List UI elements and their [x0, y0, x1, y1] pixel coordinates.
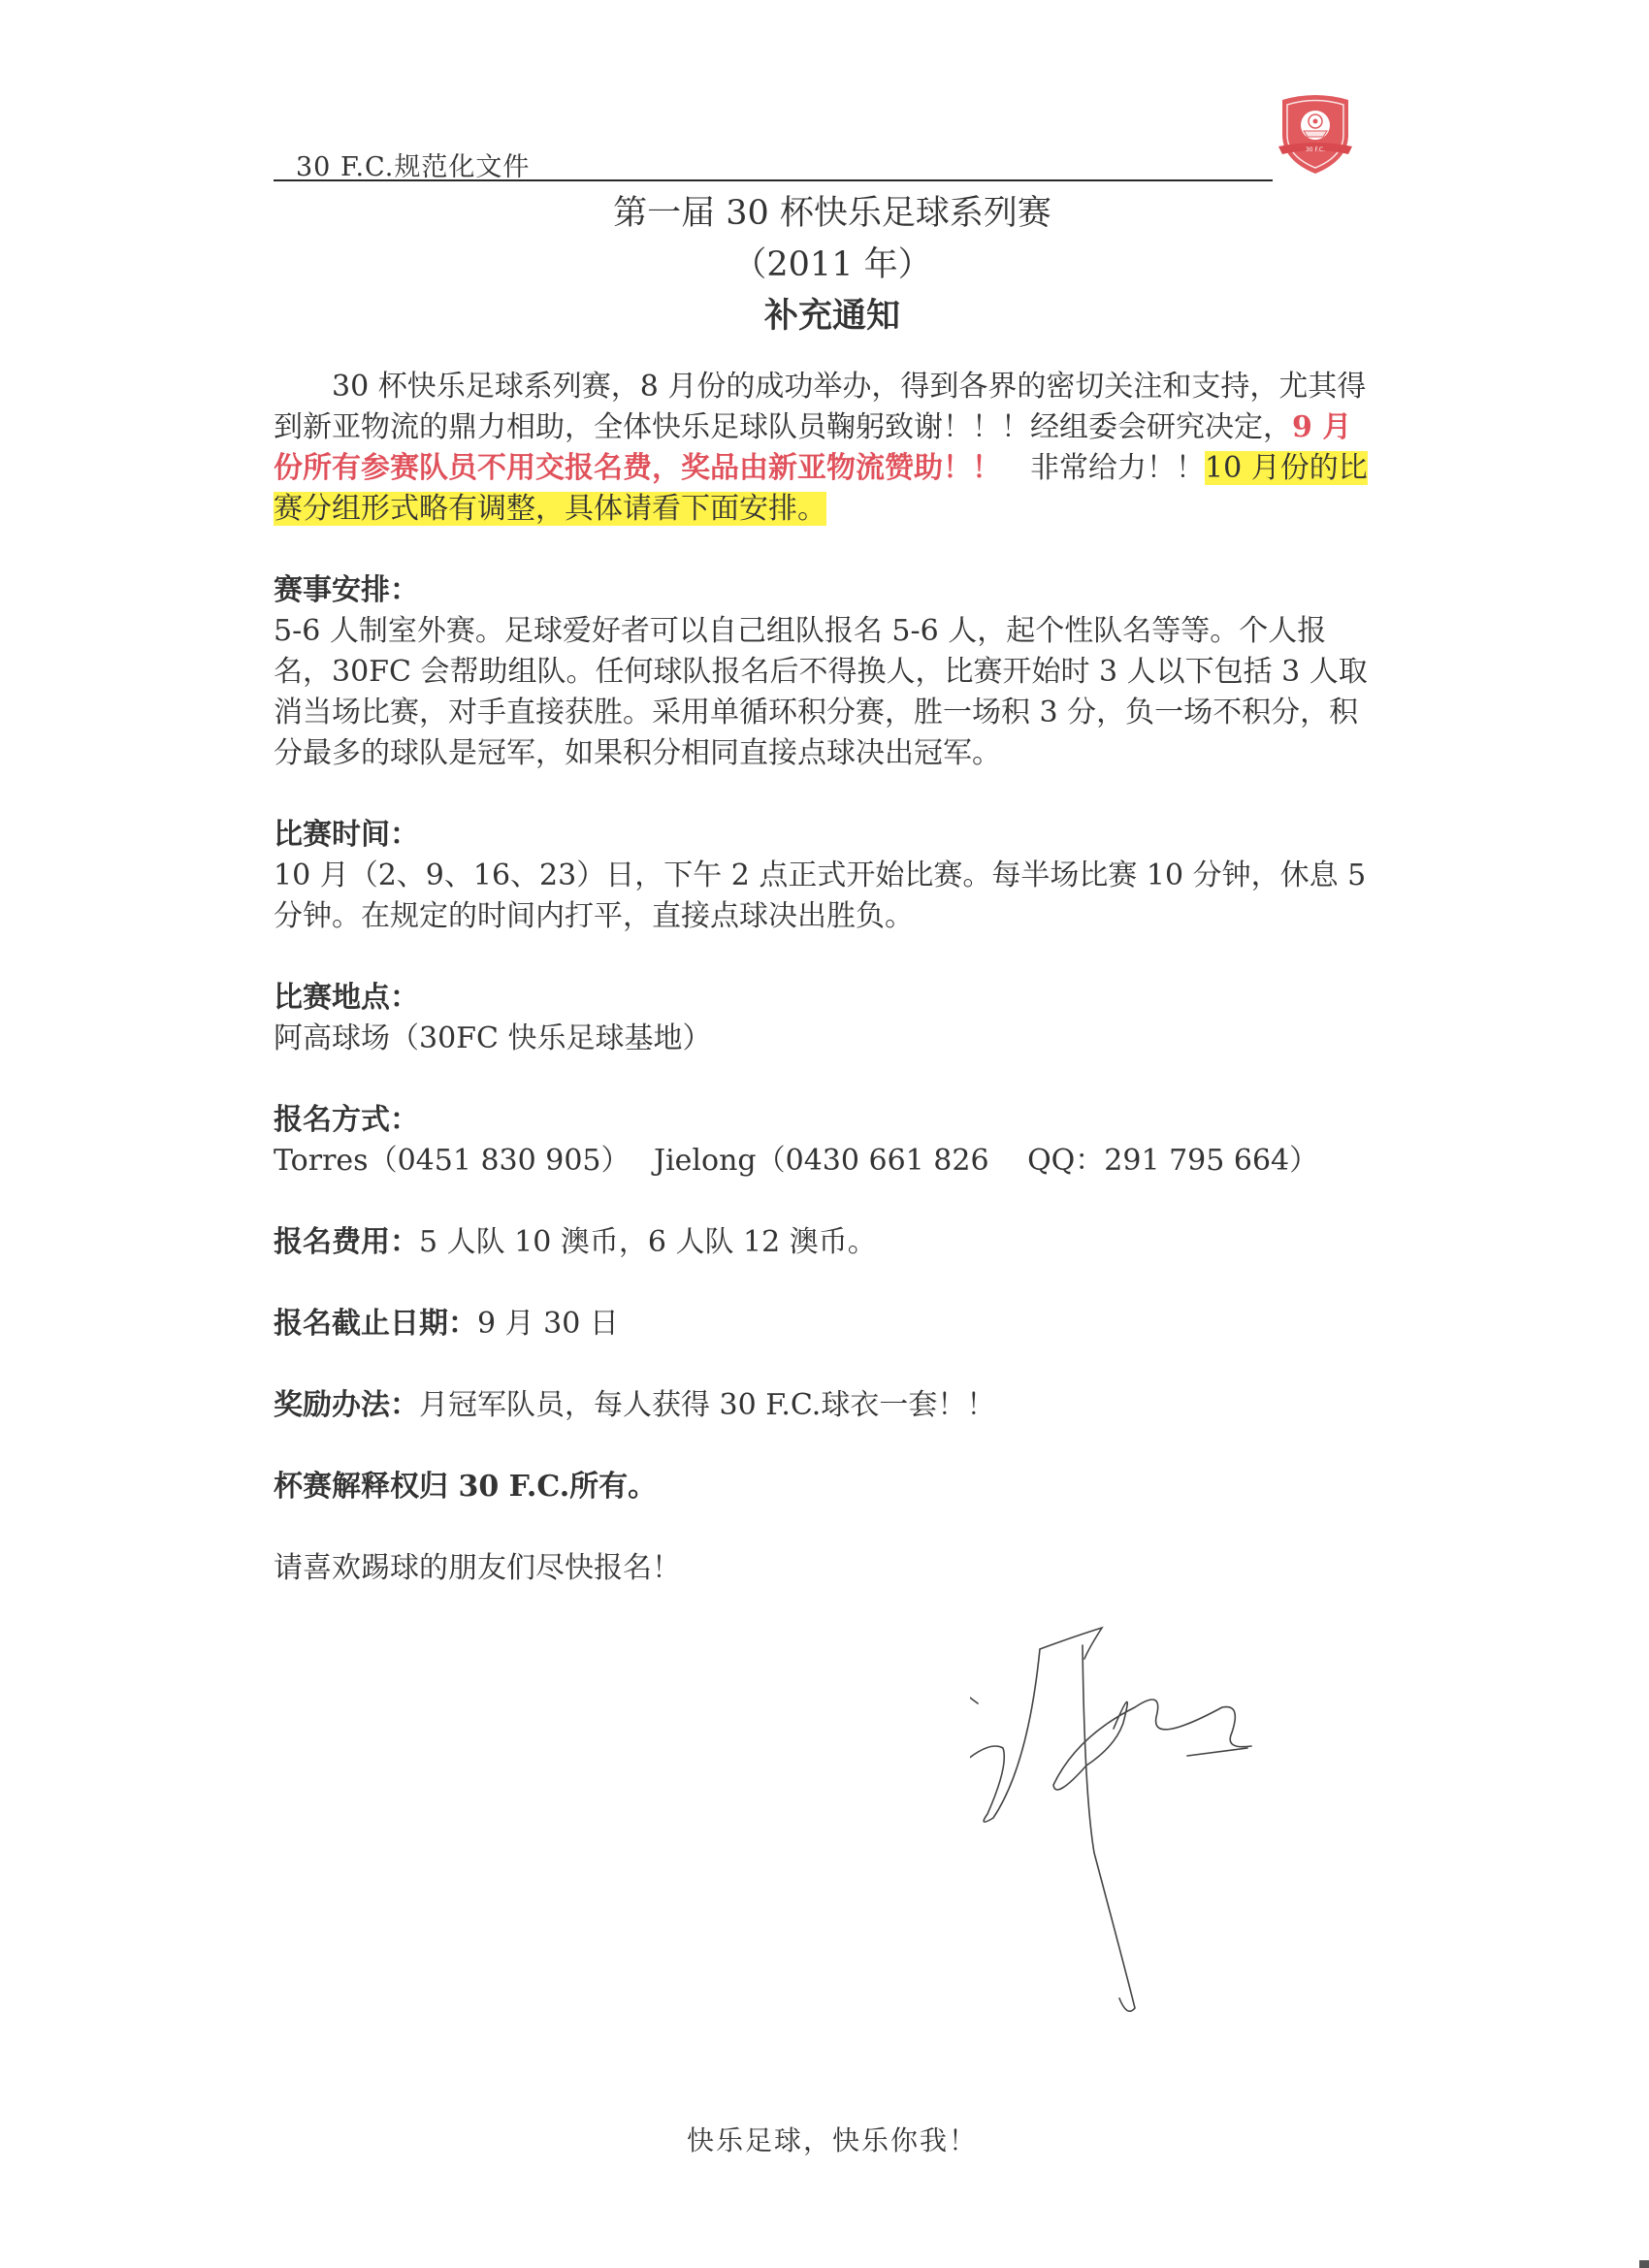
scan-artifact [1639, 2260, 1649, 2268]
section-body-registration: Torres（0451 830 905） Jielong（0430 661 82… [274, 1141, 1370, 1182]
rights-prefix: 杯赛解释权归 [274, 1470, 458, 1504]
reward-label: 奖励办法： [274, 1388, 419, 1422]
section-heading-time: 比赛时间： [274, 815, 1370, 856]
title-line-1: 第一届 30 杯快乐足球系列赛 [0, 186, 1649, 235]
section-heading-venue: 比赛地点： [274, 978, 1370, 1019]
document-body: 30 杯快乐足球系列赛，8 月份的成功举办，得到各界的密切关注和支持，尤其得到新… [274, 367, 1370, 1589]
reward-line: 奖励办法：月冠军队员，每人获得 30 F.C.球衣一套！！ [274, 1385, 1370, 1426]
reward-value: 月冠军队员，每人获得 30 F.C.球衣一套！！ [419, 1388, 995, 1422]
header-divider [274, 179, 1273, 181]
section-body-venue: 阿高球场（30FC 快乐足球基地） [274, 1019, 1370, 1059]
title-year: （2011 年） [0, 238, 1649, 286]
svg-text:30 F.C.: 30 F.C. [1306, 146, 1325, 153]
deadline-label: 报名截止日期： [274, 1307, 477, 1341]
section-heading-registration: 报名方式： [274, 1100, 1370, 1141]
rights-line: 杯赛解释权归 30 F.C.所有。 [274, 1467, 1370, 1507]
fee-label: 报名费用： [274, 1225, 419, 1259]
deadline-line: 报名截止日期：9 月 30 日 [274, 1304, 1370, 1345]
closing-line: 请喜欢踢球的朋友们尽快报名！ [274, 1548, 1370, 1589]
club-logo-icon: 30 F.C. [1277, 92, 1354, 176]
footer-slogan: 快乐足球，快乐你我！ [0, 2120, 1649, 2158]
deadline-value: 9 月 30 日 [477, 1307, 619, 1341]
section-body-schedule: 5-6 人制室外赛。足球爱好者可以自己组队报名 5-6 人，起个性队名等等。个人… [274, 611, 1370, 774]
document-header-label: 30 F.C.规范化文件 [296, 146, 530, 183]
fee-value: 5 人队 10 澳币，6 人队 12 澳币。 [419, 1225, 877, 1259]
intro-text: 30 杯快乐足球系列赛，8 月份的成功举办，得到各界的密切关注和支持，尤其得到新… [274, 370, 1366, 444]
fee-line: 报名费用：5 人队 10 澳币，6 人队 12 澳币。 [274, 1222, 1370, 1263]
intro-paragraph: 30 杯快乐足球系列赛，8 月份的成功举办，得到各界的密切关注和支持，尤其得到新… [274, 367, 1370, 530]
section-heading-schedule: 赛事安排： [274, 570, 1370, 611]
rights-org: 30 F.C. [458, 1470, 569, 1504]
section-body-time: 10 月（2、9、16、23）日，下午 2 点正式开始比赛。每半场比赛 10 分… [274, 856, 1370, 937]
title-notice: 补充通知 [0, 289, 1649, 338]
rights-suffix: 所有。 [569, 1470, 657, 1504]
signature-icon [970, 1620, 1290, 2027]
intro-text-b: 非常给力！！ [1001, 451, 1205, 485]
